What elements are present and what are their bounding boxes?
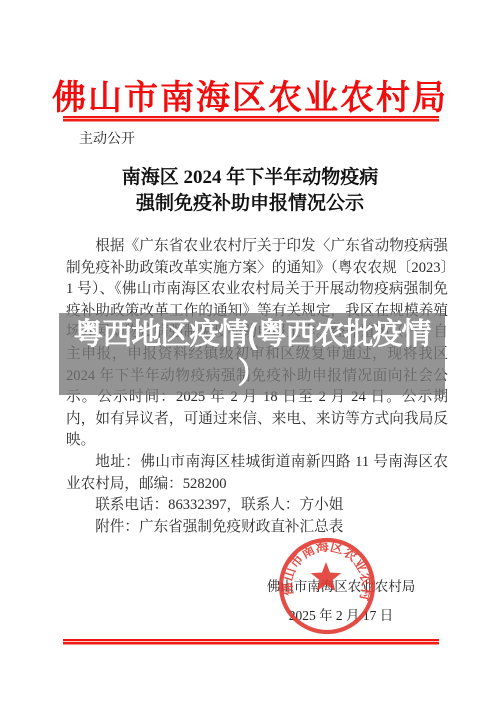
footer-red-rule [63,639,439,645]
watermark-banner-line1: 粤西地区疫情(粤西农批疫情 [74,315,431,354]
document-title-line1: 南海区 2024 年下半年动物疫病 [0,165,500,191]
document-title: 南海区 2024 年下半年动物疫病 强制免疫补助申报情况公示 [0,165,500,217]
document-title-line2: 强制免疫补助申报情况公示 [0,191,500,217]
body-paragraph-attachment: 附件：广东省强制免疫财政直补汇总表 [66,517,448,539]
document-page: 佛山市南海区农业农村局 主动公开 南海区 2024 年下半年动物疫病 强制免疫补… [0,0,500,707]
header-red-rule [63,116,439,122]
official-seal-icon: 佛山市南海区农业农村局 [277,536,377,636]
proactive-disclosure-label: 主动公开 [79,128,135,148]
agency-header-title: 佛山市南海区农业农村局 [0,70,500,119]
watermark-banner: 粤西地区疫情(粤西农批疫情 ） [59,313,445,395]
body-paragraph-contact: 联系电话：86332397，联系人：方小姐 [66,495,448,517]
watermark-banner-line2: ） [238,354,267,393]
body-paragraph-address: 地址：佛山市南海区桂城街道南新四路 11 号南海区农业农村局，邮编：528200 [66,452,448,495]
seal-star-icon [311,562,341,591]
